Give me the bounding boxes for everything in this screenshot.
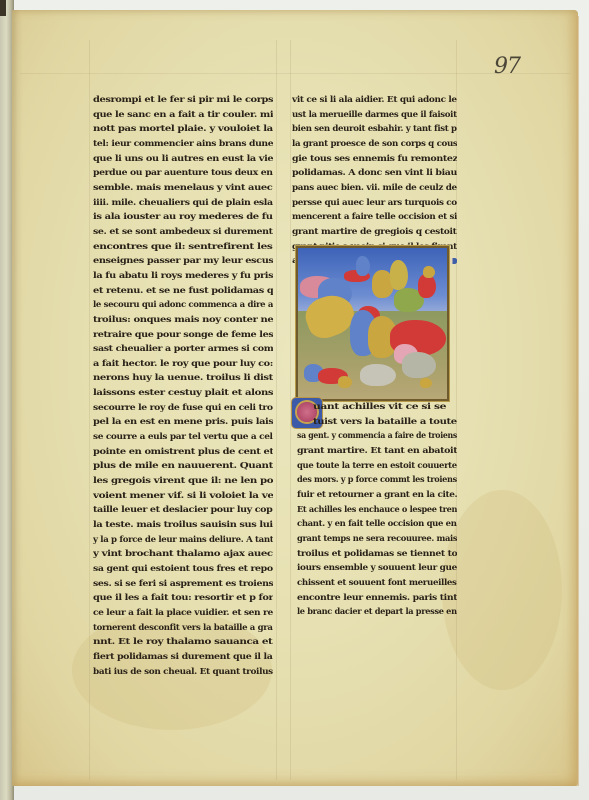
text-line: et retenu. et se ne fust polidamas q [93,284,273,299]
shield [338,376,352,388]
text-line: gie tous ses ennemis fu remontez [292,152,457,167]
text-line: pointe en omistrent plus de cent et [93,445,273,460]
text-line: sa gent qui estoient tous fres et repo [93,562,273,577]
parchment-stain [442,490,562,690]
right-text-column-lower: uant achilles vit ce si se tuist vers la… [297,400,457,620]
text-line: grant martire de gregiois q cestoit [292,225,457,240]
text-line: sa gent. y commencia a faire de troiens [297,429,457,444]
text-line: is ala iouster au roy mederes de fu [93,210,273,225]
text-line: troilus et polidamas se tiennet to [297,547,457,562]
ruling-line [20,73,570,74]
text-line: voient mener vif. si li voloiet la ve [93,489,273,504]
text-line: la teste. mais troilus sauisin sus lui [93,518,273,533]
ruling-line [89,40,90,780]
text-line: y la p force de leur mains deliure. A ta… [93,533,273,548]
helmet [420,378,432,388]
knight-figure [390,260,408,290]
text-line: que toute la terre en estoit couuerte [297,459,457,474]
battle-miniature [296,246,449,401]
text-line: ses. si se feri si asprement es troiens [93,577,273,592]
text-line: nerons huy la uenue. troilus li dist [93,371,273,386]
text-line: Et achilles les enchauce o lespee tren [297,503,457,518]
text-line: troilus: onques mais noy conter ne [93,313,273,328]
text-line: tornerent desconfit vers la bataille a g… [93,621,273,636]
left-text-column: desrompi et le fer si pir mi le corps qu… [93,93,273,679]
text-line: uant achilles vit ce si se [297,400,457,415]
text-line: persse qui auec leur ars turquois co [292,196,457,211]
text-line: mencerent a faire telle occision et si [292,210,457,225]
ruling-line [276,40,277,780]
text-line: taille leuer et deslacier pour luy cop [93,503,273,518]
text-line: des mors. y p force commt les troiens [297,473,457,488]
text-line: enseignes passer par my leur escus [93,254,273,269]
text-line: encontre leur ennemis. paris tint [297,591,457,606]
text-line: plus de mile en nauuerent. Quant [93,459,273,474]
right-text-column-upper: vit ce si li ala aidier. Et qui adonc le… [292,93,457,269]
text-line: les gregois virent que il: ne len po [93,474,273,489]
text-line: perdue ou par auenture tous deux en [93,166,273,181]
text-line: la fu abatu li roys mederes y fu pris [93,269,273,284]
folio-number: 97 [494,54,520,79]
text-line: la grant proesce de son corps q cous [292,137,457,152]
knight-figure [356,256,370,276]
text-line: iours ensemble y souuent leur gue [297,561,457,576]
text-line: pans auec bien. vii. mile de ceulz de [292,181,457,196]
text-line: y vint brochant thalamo ajax auec [93,547,273,562]
text-line: que le sanc en a fait a tir couler. mi [93,108,273,123]
text-line: ce leur a fait la place vuidier. et sen … [93,606,273,621]
helmet [423,266,435,278]
text-line: retraire que pour songe de feme les [93,328,273,343]
folio-edge [576,16,579,786]
text-line: grant temps ne sera recouuree. mais [297,532,457,547]
text-line: que li uns ou li autres en eust la vie [93,152,273,167]
text-line: fiert polidamas si durement que il la [93,650,273,665]
text-line: chissent et souuent font merueilles [297,576,457,591]
text-line: iiii. mile. cheualiers qui de plain esla [93,196,273,211]
text-line: le branc dacier et depart la presse en [297,605,457,620]
text-line: bien sen deuroit esbahir. y tant fist p [292,122,457,137]
text-line: le secouru qui adonc commenca a dire a [93,298,273,313]
text-line: bati ius de son cheual. Et quant troilus [93,665,273,680]
text-line: nott pas mortel plaie. y vouloiet la [93,122,273,137]
text-line: se. et se sont ambedeux si durement [93,225,273,240]
text-line: fuir et retourner a grant en la cite. [297,488,457,503]
text-line: ust la merueille darmes que il faisoit [292,108,457,123]
text-line: pel la en est en mene pris. puis lais [93,415,273,430]
text-line: vit ce si li ala aidier. Et qui adonc le [292,93,457,108]
grey-horse [402,352,436,378]
text-line: laissons ester cestuy plait et alons [93,386,273,401]
text-line: nnt. Et le roy thalamo sauanca et [93,635,273,650]
text-line: se courre a euls par tel vertu que a cel [93,430,273,445]
text-line: encontres que il: sentrefirent les [93,240,273,255]
text-line: secourre le roy de fuse qui en celi tro [93,401,273,416]
text-line: tuist vers la bataille a toute [297,415,457,430]
text-line: desrompi et le fer si pir mi le corps [93,93,273,108]
text-line: chant. y en fait telle occision que en [297,517,457,532]
ruling-line [290,40,291,780]
fallen-horse [360,364,396,386]
text-line: que il les a fait tou: resortir et p for [93,591,273,606]
text-line: polidamas. A donc sen vint li biau [292,166,457,181]
text-line: grant martire. Et tant en abatoit [297,444,457,459]
text-line: sast cheualier a porter armes si com [93,342,273,357]
text-line: tel: ieur commencier ains brans dune [93,137,273,152]
text-line: a fait hector. le roy que pour luy co: [93,357,273,372]
text-line: semble. mais menelaus y vint auec [93,181,273,196]
